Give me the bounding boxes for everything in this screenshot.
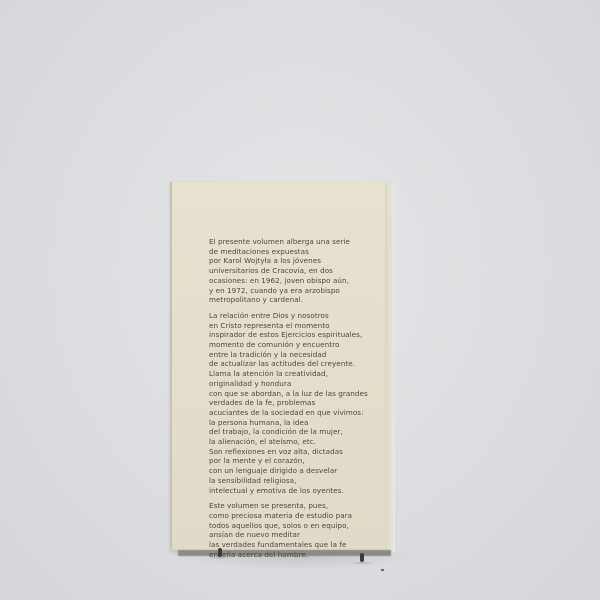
blurb-line: del trabajo, la condición de la mujer, xyxy=(209,427,381,437)
blurb-line: El presente volumen alberga una serie xyxy=(209,237,381,247)
blurb-line: por Karol Wojtyła a los jóvenes xyxy=(209,256,381,266)
blurb-line: por la mente y el corazón, xyxy=(209,456,381,466)
blurb-line: acuciantes de la sociedad en que vivimos… xyxy=(209,408,381,418)
blurb-line: la sensibilidad religiosa, xyxy=(209,476,381,486)
blurb-line: entre la tradición y la necesidad xyxy=(209,350,381,360)
blurb-line: originalidad y hondura xyxy=(209,379,381,389)
photo-scene: El presente volumen alberga una serie de… xyxy=(0,0,600,600)
blurb-line: las verdades fundamentales que la fe xyxy=(209,540,381,550)
blurb-line: Este volumen se presenta, pues, xyxy=(209,501,381,511)
stand-clip-right xyxy=(357,553,367,567)
stand-arm xyxy=(349,562,375,564)
blurb-line: y en 1972, cuando ya era arzobispo xyxy=(209,286,381,296)
stand-clip-left xyxy=(215,548,225,562)
blurb-line: ocasiones: en 1962, joven obispo aún, xyxy=(209,276,381,286)
blurb-line: en Cristo representa el momento xyxy=(209,321,381,331)
blurb-line: intelectual y emotiva de los oyentes. xyxy=(209,486,381,496)
blurb-paragraph-2: La relación entre Dios y nosotros en Cri… xyxy=(209,311,381,495)
blurb-line: enseña acerca del hombre. xyxy=(209,550,381,560)
blurb-line: con un lenguaje dirigido a desvelar xyxy=(209,466,381,476)
stand-peg xyxy=(360,553,364,562)
blurb-line: de meditaciones expuestas xyxy=(209,247,381,257)
blurb-line: todos aquellos que, solos o en equipo, xyxy=(209,521,381,531)
blurb-line: ansían de nuevo meditar xyxy=(209,530,381,540)
blurb-line: como preciosa materia de estudio para xyxy=(209,511,381,521)
blurb-line: con que se abordan, a la luz de las gran… xyxy=(209,389,381,399)
dust-speck xyxy=(381,569,384,571)
blurb-line: de actualizar las actitudes del creyente… xyxy=(209,359,381,369)
blurb-line: inspirador de estos Ejercicios espiritua… xyxy=(209,330,381,340)
blurb-line: universitarios de Cracovia, en dos xyxy=(209,266,381,276)
blurb-paragraph-1: El presente volumen alberga una serie de… xyxy=(209,237,381,305)
blurb-line: La relación entre Dios y nosotros xyxy=(209,311,381,321)
blurb-line: la alienación, el ateísmo, etc. xyxy=(209,437,381,447)
back-cover-blurb: El presente volumen alberga una serie de… xyxy=(209,237,381,566)
blurb-line: Llama la atención la creatividad, xyxy=(209,369,381,379)
blurb-line: verdades de la fe, problemas xyxy=(209,398,381,408)
blurb-paragraph-3: Este volumen se presenta, pues, como pre… xyxy=(209,501,381,559)
stand-arm xyxy=(207,557,233,559)
book-back-cover: El presente volumen alberga una serie de… xyxy=(170,182,385,550)
blurb-line: momento de comunión y encuentro xyxy=(209,340,381,350)
book-page-edge xyxy=(385,184,395,552)
blurb-line: Son reflexiones en voz alta, dictadas xyxy=(209,447,381,457)
blurb-line: metropolitano y cardenal. xyxy=(209,295,381,305)
stand-peg xyxy=(218,548,222,557)
blurb-line: la persona humana, la idea xyxy=(209,418,381,428)
